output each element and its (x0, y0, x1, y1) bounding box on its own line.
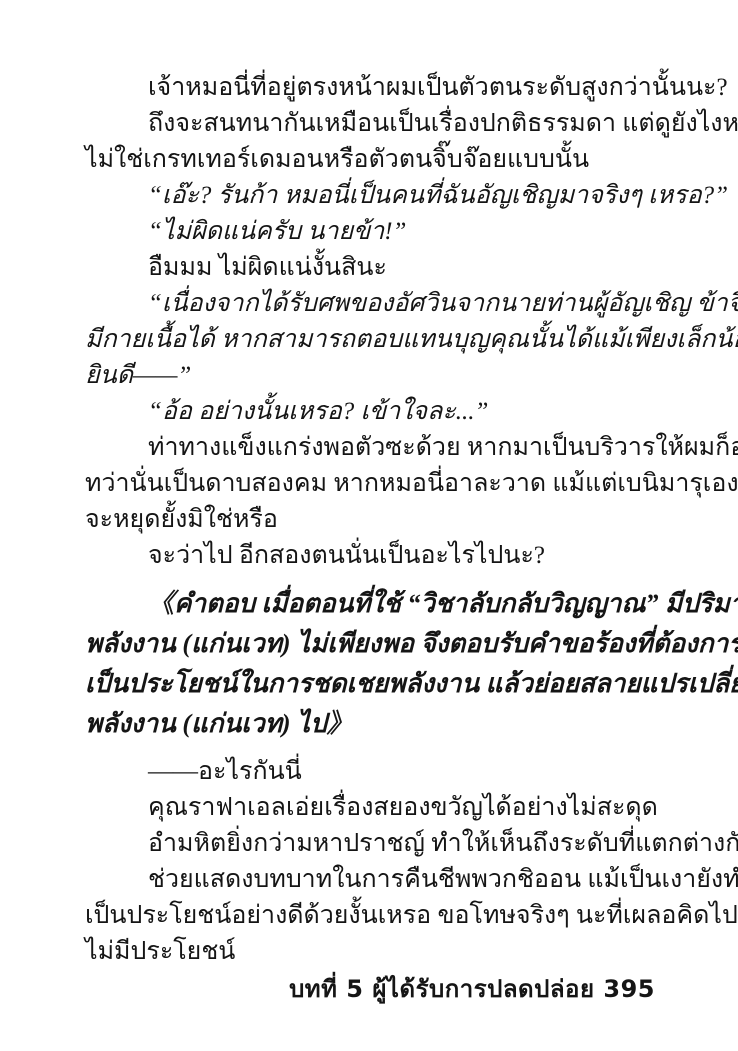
text-line: ทว่านั่นเป็นดาบสองคม หากหมอนี่อาละวาด แม… (85, 466, 655, 502)
answer-line: พลังงาน (แก่นเวท) ไม่เพียงพอ จึงตอบรับคำ… (85, 624, 655, 664)
text-line: ไม่มีประโยชน์ (85, 934, 655, 970)
text-line: จะว่าไป อีกสองตนนั่นเป็นอะไรไปนะ? (85, 538, 655, 574)
skill-answer-block: 《คำตอบ เมื่อตอนที่ใช้ “วิชาลับกลับวิญญาณ… (85, 584, 655, 744)
text-line: อำมหิตยิ่งกว่ามหาปราชญ์ ทำให้เห็นถึงระดั… (85, 826, 655, 862)
text-line: จะหยุดยั้งมิใช่หรือ (85, 502, 655, 538)
paragraph-gap (85, 744, 655, 754)
text-line: คุณราฟาเอลเอ่ยเรื่องสยองขวัญได้อย่างไม่ส… (85, 790, 655, 826)
dialogue-line: “เอ๊ะ? รันก้า หมอนี่เป็นคนที่ฉันอัญเชิญม… (85, 178, 655, 214)
text-line: ถึงจะสนทนากันเหมือนเป็นเรื่องปกติธรรมดา … (85, 106, 655, 142)
text-line: ——อะไรกันนี่ (85, 754, 655, 790)
text-line: เป็นประโยชน์อย่างดีด้วยงั้นเหรอ ขอโทษจริ… (85, 898, 655, 934)
answer-line: พลังงาน (แก่นเวท) ไป》 (85, 704, 655, 744)
text-line: ช่วยแสดงบทบาทในการคืนชีพพวกชิออน แม้เป็น… (85, 862, 655, 898)
dialogue-line: มีกายเนื้อได้ หากสามารถตอบแทนบุญคุณนั้นไ… (85, 322, 655, 358)
closing-block: ——อะไรกันนี่ คุณราฟาเอลเอ่ยเรื่องสยองขวั… (85, 754, 655, 970)
text-line: ไม่ใช่เกรทเทอร์เดมอนหรือตัวตนจิ๊บจ๊อยแบบ… (85, 142, 655, 178)
text-line: อืมมม ไม่ผิดแน่งั้นสินะ (85, 250, 655, 286)
narrative-block: เจ้าหมอนี่ที่อยู่ตรงหน้าผมเป็นตัวตนระดับ… (85, 70, 655, 574)
text-line: เจ้าหมอนี่ที่อยู่ตรงหน้าผมเป็นตัวตนระดับ… (85, 70, 655, 106)
dialogue-line: ยินดี——” (85, 358, 655, 394)
page-footer-chapter-info: บทที่ 5 ผู้ได้รับการปลดปล่อย 395 (85, 970, 655, 1008)
novel-page: เจ้าหมอนี่ที่อยู่ตรงหน้าผมเป็นตัวตนระดับ… (0, 0, 738, 1051)
answer-line: เป็นประโยชน์ในการชดเชยพลังงาน แล้วย่อยสล… (85, 664, 655, 704)
answer-line: 《คำตอบ เมื่อตอนที่ใช้ “วิชาลับกลับวิญญาณ… (85, 584, 655, 624)
text-line: ท่าทางแข็งแกร่งพอตัวซะด้วย หากมาเป็นบริว… (85, 430, 655, 466)
dialogue-line: “ไม่ผิดแน่ครับ นายข้า!” (85, 214, 655, 250)
dialogue-line: “เนื่องจากได้รับศพของอัศวินจากนายท่านผู้… (85, 286, 655, 322)
dialogue-line: “อ้อ อย่างนั้นเหรอ? เข้าใจละ...” (85, 394, 655, 430)
paragraph-gap (85, 574, 655, 584)
